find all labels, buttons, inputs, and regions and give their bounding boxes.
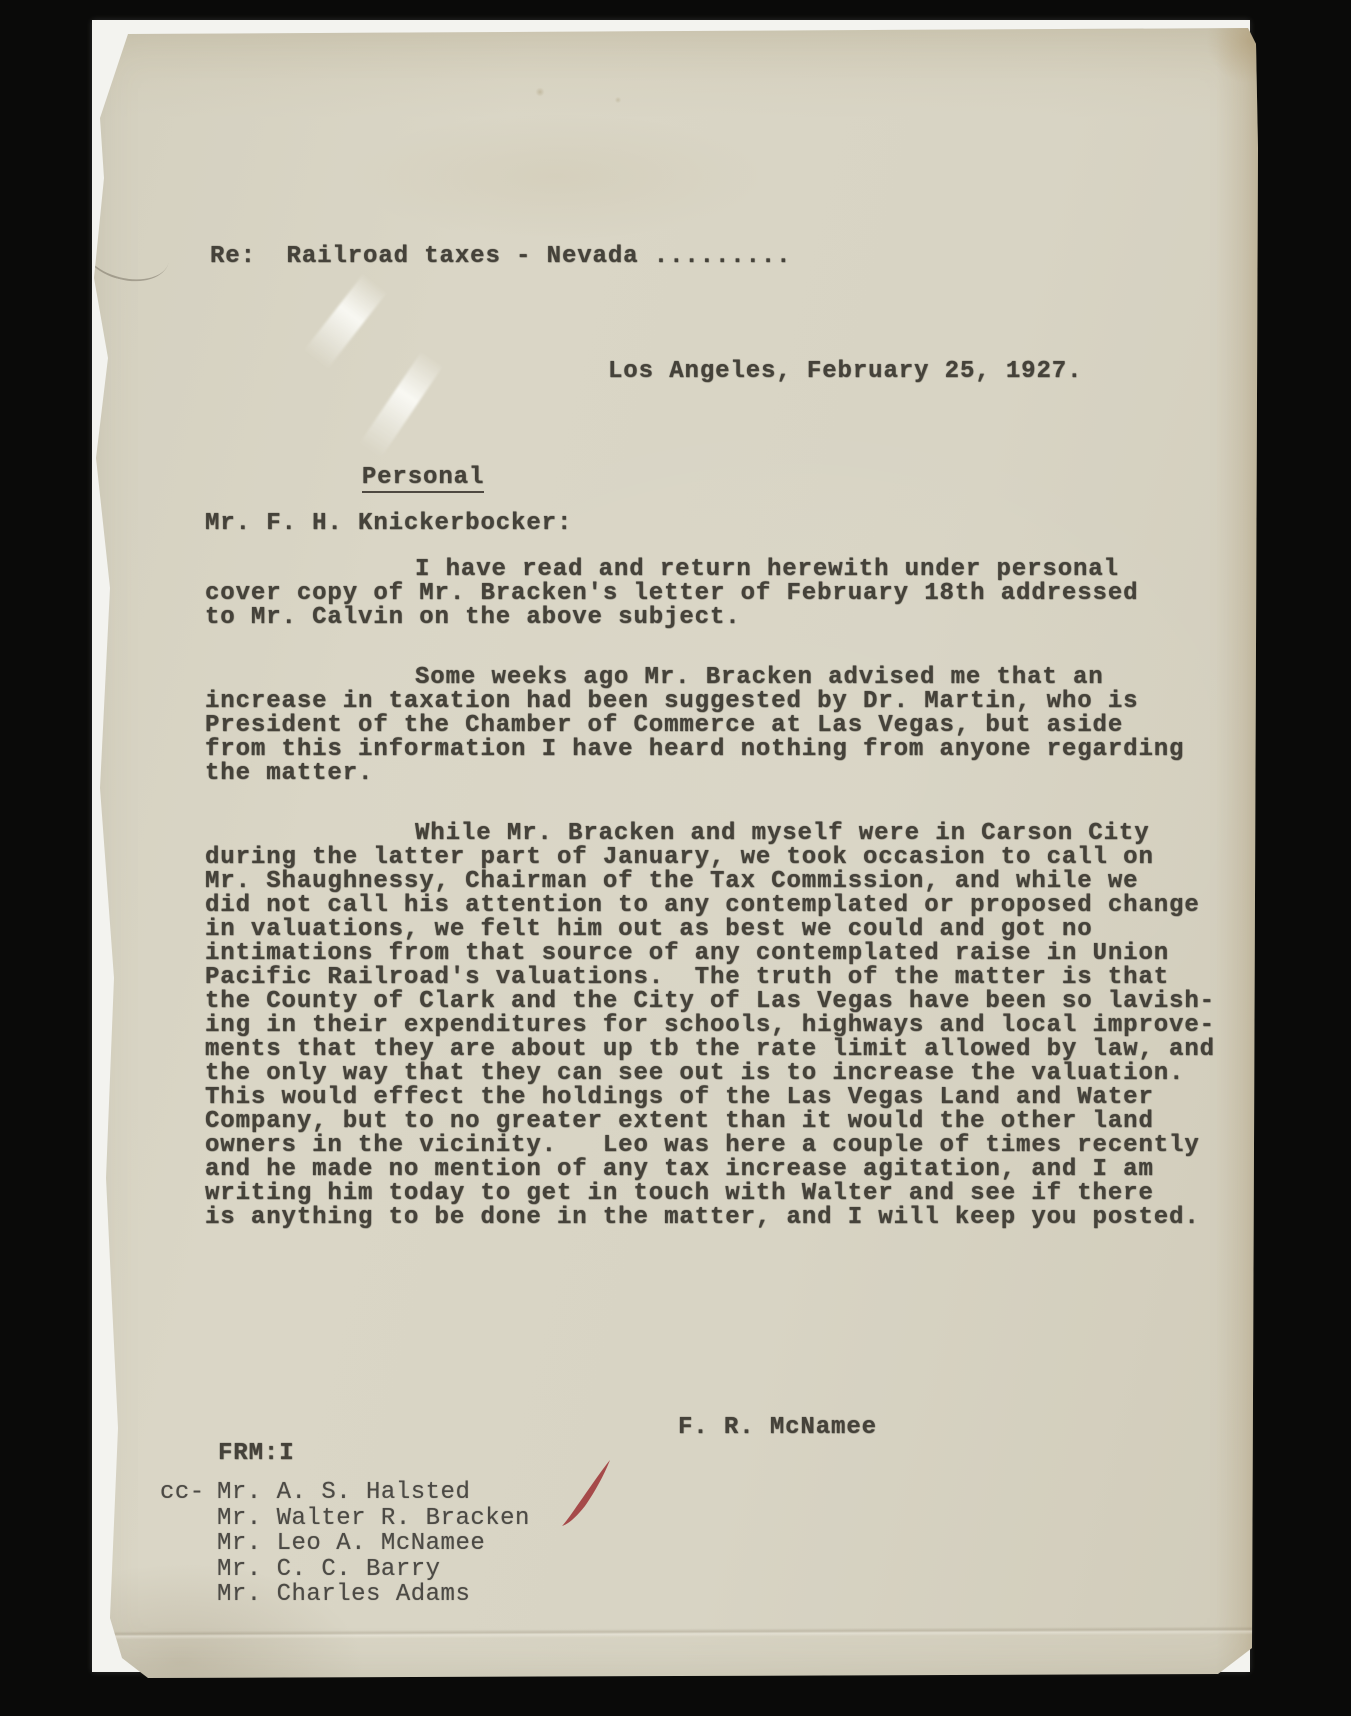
cc-label: cc- [160,1480,205,1506]
body-text-line: the matter. [205,762,1184,786]
cc-recipient: Mr. Leo A. McNamee [217,1531,530,1557]
body-text-line: from this information I have heard nothi… [205,738,1184,762]
personal-label-text: Personal [362,466,484,493]
letter-paper: Re: Railroad taxes - Nevada ......... Lo… [88,28,1260,1678]
body-text-line: and he made no mention of any tax increa… [205,1158,1215,1182]
cc-recipient: Mr. Walter R. Bracken [217,1506,530,1532]
subject-line: Re: Railroad taxes - Nevada ......... [210,245,792,269]
body-text-line: intimations from that source of any cont… [205,942,1215,966]
right-edge-aging [1216,28,1260,1678]
body-text-line: Mr. Shaughnessy, Chairman of the Tax Com… [205,870,1215,894]
cc-recipient: Mr. A. S. Halsted [217,1480,530,1506]
scanned-letter-scene: Re: Railroad taxes - Nevada ......... Lo… [0,0,1351,1716]
cc-recipient: Mr. Charles Adams [217,1582,530,1608]
personal-label: Personal [270,442,484,517]
typist-initials: FRM:I [218,1442,295,1466]
body-text-line: in valuations, we felt him out as best w… [205,918,1215,942]
body-text-line: President of the Chamber of Commerce at … [205,714,1184,738]
body-paragraph-2: Some weeks ago Mr. Bracken advised me th… [205,666,1184,786]
dateline: Los Angeles, February 25, 1927. [608,360,1082,384]
body-text-line: ing in their expenditures for schools, h… [205,1014,1215,1038]
body-text-line: owners in the vicinity. Leo was here a c… [205,1134,1215,1158]
body-paragraph-1: I have read and return herewith under pe… [205,558,1138,630]
top-edge-aging [88,28,1260,118]
red-checkmark [558,1458,616,1530]
body-text-line: I have read and return herewith under pe… [205,558,1138,582]
body-text-line: to Mr. Calvin on the above subject. [205,606,1138,630]
paper-tear-mark [304,275,387,369]
cc-list: Mr. A. S. HalstedMr. Walter R. BrackenMr… [217,1480,530,1608]
body-text-line: is anything to be done in the matter, an… [205,1206,1215,1230]
signature: F. R. McNamee [678,1416,877,1440]
body-text-line: While Mr. Bracken and myself were in Car… [205,822,1215,846]
body-text-line: the County of Clark and the City of Las … [205,990,1215,1014]
body-text-line: Company, but to no greater extent than i… [205,1110,1215,1134]
body-text-line: did not call his attention to any contem… [205,894,1215,918]
body-text-line: increase in taxation had been suggested … [205,690,1184,714]
body-text-line: during the latter part of January, we to… [205,846,1215,870]
body-text-line: cover copy of Mr. Bracken's letter of Fe… [205,582,1138,606]
cc-recipient: Mr. C. C. Barry [217,1557,530,1583]
body-text-line: Pacific Railroad's valuations. The truth… [205,966,1215,990]
body-text-line: Some weeks ago Mr. Bracken advised me th… [205,666,1184,690]
body-text-line: writing him today to get in touch with W… [205,1182,1215,1206]
body-text-line: ments that they are about up tb the rate… [205,1038,1215,1062]
body-text-line: This would effect the holdings of the La… [205,1086,1215,1110]
red-checkmark-stroke [562,1460,610,1526]
body-paragraph-3: While Mr. Bracken and myself were in Car… [205,822,1215,1230]
bottom-crease [88,1621,1256,1642]
body-text-line: the only way that they can see out is to… [205,1062,1215,1086]
salutation: Mr. F. H. Knickerbocker: [205,512,572,536]
